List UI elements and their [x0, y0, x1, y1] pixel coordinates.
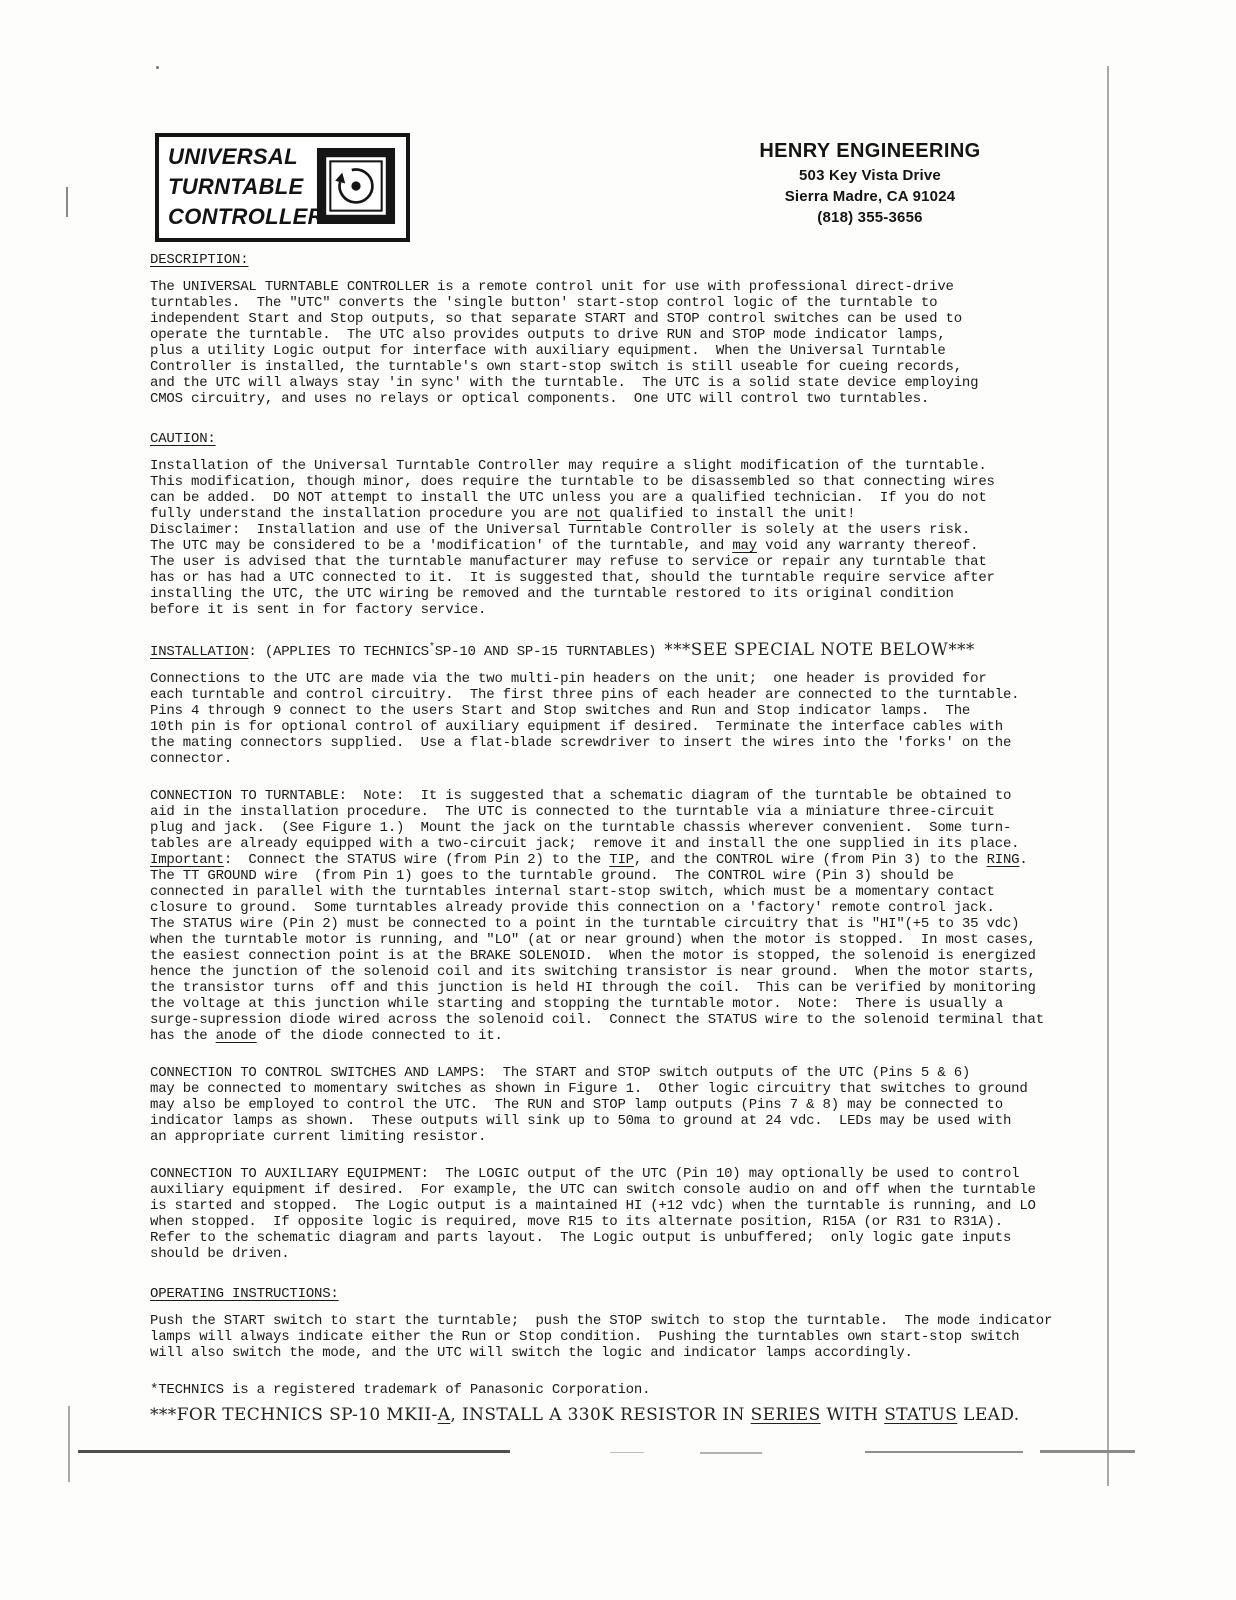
text-line: plus a utility Logic output for interfac… [150, 343, 1150, 359]
scan-artifact-bottom-line [1040, 1450, 1135, 1453]
text-line: CONNECTION TO TURNTABLE: Note: It is sug… [150, 788, 1150, 804]
operating-instructions-heading: OPERATING INSTRUCTIONS: [150, 1286, 1150, 1302]
company-phone: (818) 355-3656 [700, 209, 1040, 226]
text-line: installing the UTC, the UTC wiring be re… [150, 586, 1150, 602]
utc-logo-text: UNIVERSALTURNTABLECONTROLLER [168, 142, 324, 232]
text-line: fully understand the installation proced… [150, 506, 1150, 522]
document-page: UNIVERSALTURNTABLECONTROLLER HENRY ENGIN… [0, 0, 1236, 1600]
caution-heading: CAUTION: [150, 431, 1150, 447]
text-line: The user is advised that the turntable m… [150, 554, 1150, 570]
text-line: the easiest connection point is at the B… [150, 948, 1150, 964]
trademark-footnote: *TECHNICS is a registered trademark of P… [150, 1382, 1150, 1398]
text-line: Installation of the Universal Turntable … [150, 458, 1150, 474]
operating-instructions-paragraph: Push the START switch to start the turnt… [150, 1313, 1150, 1361]
installation-heading: INSTALLATION: (APPLIES TO TECHNICS*SP-10… [150, 642, 1150, 660]
text-line: can be added. DO NOT attempt to install … [150, 490, 1150, 506]
text-line: This modification, though minor, does re… [150, 474, 1150, 490]
text-line: indicator lamps as shown. These outputs … [150, 1113, 1150, 1129]
text-line: plug and jack. (See Figure 1.) Mount the… [150, 820, 1150, 836]
company-name: HENRY ENGINEERING [700, 140, 1040, 163]
installation-paragraph: Connections to the UTC are made via the … [150, 671, 1150, 767]
text-line: connector. [150, 751, 1150, 767]
text-line: operate the turntable. The UTC also prov… [150, 327, 1150, 343]
text-line: The TT GROUND wire (from Pin 1) goes to … [150, 868, 1150, 884]
scan-artifact-bottom-line [78, 1450, 510, 1453]
text-line: tables are already equipped with a two-c… [150, 836, 1150, 852]
text-line: before it is sent in for factory service… [150, 602, 1150, 618]
company-address1: 503 Key Vista Drive [700, 167, 1040, 184]
description-paragraph: The UNIVERSAL TURNTABLE CONTROLLER is a … [150, 279, 1150, 407]
text-line: surge-supression diode wired across the … [150, 1012, 1150, 1028]
text-line: The STATUS wire (Pin 2) must be connecte… [150, 916, 1150, 932]
text-line: auxiliary equipment if desired. For exam… [150, 1182, 1150, 1198]
text-line: connected in parallel with the turntable… [150, 884, 1150, 900]
text-line: may be connected to momentary switches a… [150, 1081, 1150, 1097]
turntable-rotation-icon [316, 148, 396, 224]
text-line: hence the junction of the solenoid coil … [150, 964, 1150, 980]
scan-artifact-bottom-line [610, 1452, 644, 1453]
text-line: an appropriate current limiting resistor… [150, 1129, 1150, 1145]
text-line: should be driven. [150, 1246, 1150, 1262]
scan-artifact-bottom-line [700, 1452, 762, 1454]
text-line: when the turntable motor is running, and… [150, 932, 1150, 948]
text-line: Important: Connect the STATUS wire (from… [150, 852, 1150, 868]
text-line: 10th pin is for optional control of auxi… [150, 719, 1150, 735]
company-address2: Sierra Madre, CA 91024 [700, 188, 1040, 205]
text-line: has the anode of the diode connected to … [150, 1028, 1150, 1044]
text-line: Connections to the UTC are made via the … [150, 671, 1150, 687]
special-note: ***FOR TECHNICS SP-10 MKII-A, INSTALL A … [150, 1407, 1150, 1423]
text-line: *TECHNICS is a registered trademark of P… [150, 1382, 1150, 1398]
text-line: The UTC may be considered to be a 'modif… [150, 538, 1150, 554]
text-line: turntables. The "UTC" converts the 'sing… [150, 295, 1150, 311]
utc-logo: UNIVERSALTURNTABLECONTROLLER [155, 133, 410, 242]
caution-paragraph: Installation of the Universal Turntable … [150, 458, 1150, 618]
text-line: Pins 4 through 9 connect to the users St… [150, 703, 1150, 719]
text-line: CONNECTION TO CONTROL SWITCHES AND LAMPS… [150, 1065, 1150, 1081]
text-line: Controller is installed, the turntable's… [150, 359, 1150, 375]
scan-artifact-left-bottom [68, 1406, 70, 1482]
text-line: is started and stopped. The Logic output… [150, 1198, 1150, 1214]
scan-artifact-dot [156, 66, 159, 69]
text-line: Push the START switch to start the turnt… [150, 1313, 1150, 1329]
text-line: each turntable and control circuitry. Th… [150, 687, 1150, 703]
text-line: the voltage at this junction while start… [150, 996, 1150, 1012]
text-line: closure to ground. Some turntables alrea… [150, 900, 1150, 916]
logo-line-3: CONTROLLER [168, 204, 324, 229]
text-line: The UNIVERSAL TURNTABLE CONTROLLER is a … [150, 279, 1150, 295]
connection-switches-lamps-paragraph: CONNECTION TO CONTROL SWITCHES AND LAMPS… [150, 1065, 1150, 1145]
text-line: aid in the installation procedure. The U… [150, 804, 1150, 820]
logo-line-2: TURNTABLE [168, 174, 304, 199]
text-line: will also switch the mode, and the UTC w… [150, 1345, 1150, 1361]
scan-artifact-bottom-line [865, 1451, 1023, 1453]
text-line: and the UTC will always stay 'in sync' w… [150, 375, 1150, 391]
text-line: Refer to the schematic diagram and parts… [150, 1230, 1150, 1246]
document-text: DESCRIPTION:The UNIVERSAL TURNTABLE CONT… [150, 252, 1150, 1423]
text-line: may also be employed to control the UTC.… [150, 1097, 1150, 1113]
text-line: CONNECTION TO AUXILIARY EQUIPMENT: The L… [150, 1166, 1150, 1182]
logo-line-1: UNIVERSAL [168, 144, 298, 169]
text-line: Disclaimer: Installation and use of the … [150, 522, 1150, 538]
company-block: HENRY ENGINEERING 503 Key Vista Drive Si… [700, 140, 1040, 226]
connection-auxiliary-paragraph: CONNECTION TO AUXILIARY EQUIPMENT: The L… [150, 1166, 1150, 1262]
text-line: independent Start and Stop outputs, so t… [150, 311, 1150, 327]
scan-artifact-left-mark [66, 187, 68, 217]
text-line: the mating connectors supplied. Use a fl… [150, 735, 1150, 751]
text-line: has or has had a UTC connected to it. It… [150, 570, 1150, 586]
text-line: lamps will always indicate either the Ru… [150, 1329, 1150, 1345]
text-line: the transistor turns off and this juncti… [150, 980, 1150, 996]
description-heading: DESCRIPTION: [150, 252, 1150, 268]
text-line: CMOS circuitry, and uses no relays or op… [150, 391, 1150, 407]
connection-turntable-paragraph: CONNECTION TO TURNTABLE: Note: It is sug… [150, 788, 1150, 1044]
text-line: when stopped. If opposite logic is requi… [150, 1214, 1150, 1230]
